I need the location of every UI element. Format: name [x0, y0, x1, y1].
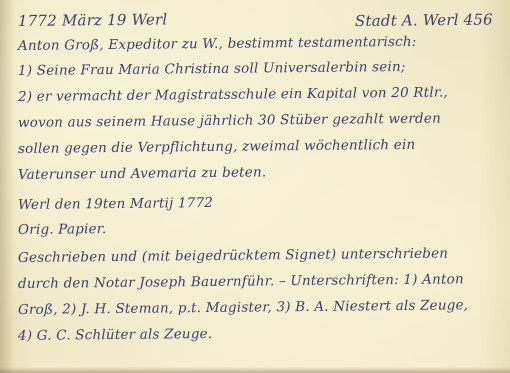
- archival-index-card: 1772 März 19 Werl Stadt A. Werl 456 Anto…: [0, 0, 510, 373]
- text-line: Werl den 19ten Martij 1772: [18, 195, 213, 213]
- text-line: Anton Groß, Expeditor zu W., bestimmt te…: [18, 34, 417, 54]
- card-date-place: 1772 März 19 Werl: [18, 10, 168, 30]
- text-line: Groß, 2) J. H. Steman, p.t. Magister, 3)…: [18, 297, 468, 318]
- text-line: Orig. Papier.: [18, 221, 107, 238]
- text-line: Vaterunser und Avemaria zu beten.: [18, 164, 266, 183]
- text-line: sollen gegen die Verpflichtung, zweimal …: [18, 137, 415, 157]
- text-line: wovon aus seinem Hause jährlich 30 Stübe…: [18, 111, 441, 131]
- text-line: 1) Seine Frau Maria Christina soll Unive…: [18, 59, 406, 79]
- card-archive-signature: Stadt A. Werl 456: [355, 11, 493, 30]
- text-line: durch den Notar Joseph Bauernführ. – Unt…: [18, 271, 464, 292]
- text-line: Geschrieben und (mit beigedrücktem Signe…: [18, 245, 448, 266]
- text-line: 4) G. C. Schlüter als Zeuge.: [18, 326, 212, 344]
- text-line: 2) er vermacht der Magistratsschule ein …: [18, 84, 448, 105]
